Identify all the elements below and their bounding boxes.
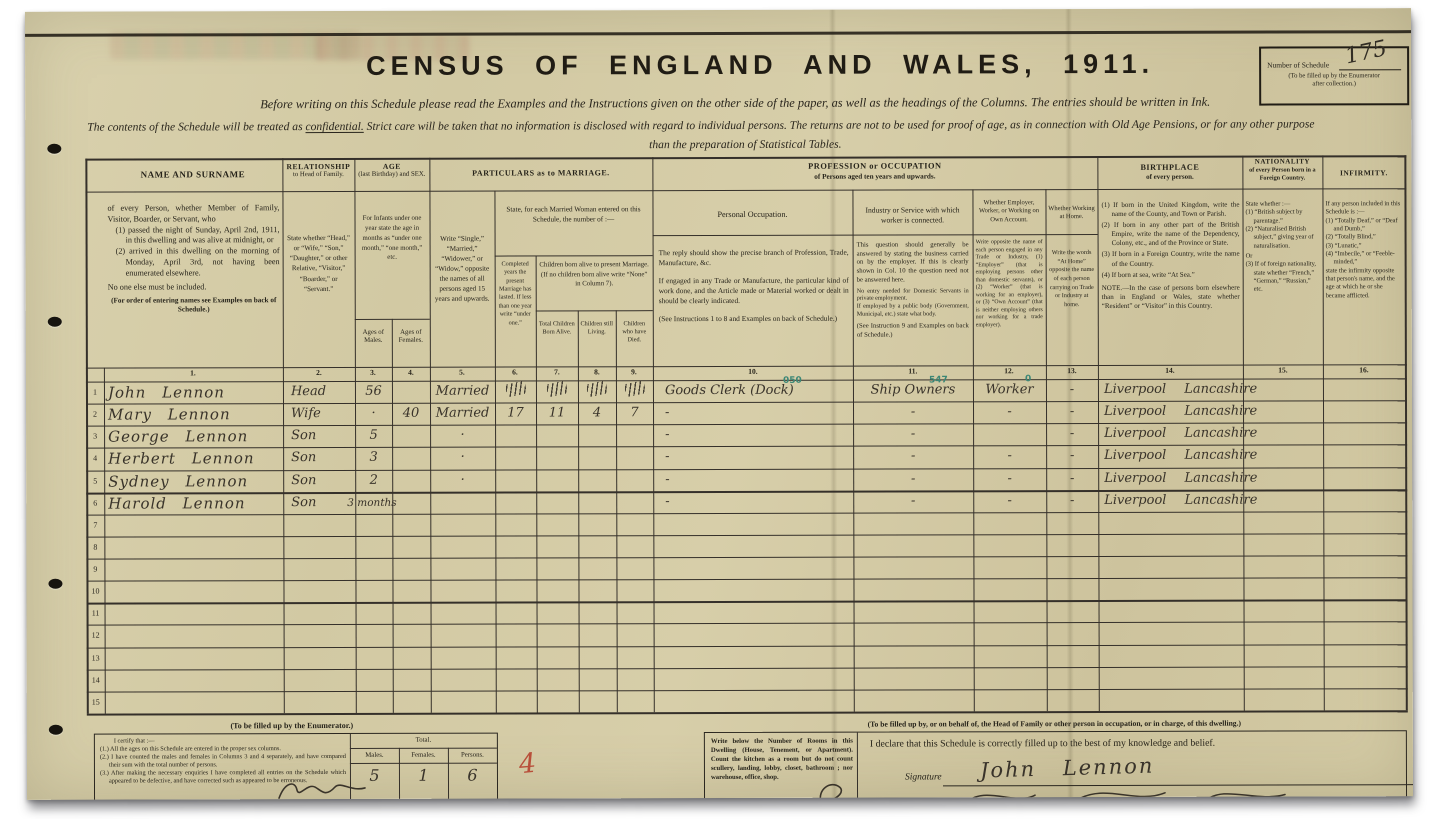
column-number: 11. xyxy=(908,366,917,375)
col-at-home-header: Whether Working at Home. xyxy=(1047,205,1095,222)
at-home-cell: - xyxy=(1046,379,1098,401)
row-number: 7 xyxy=(86,514,104,536)
children-born-note: Children born alive to present Marriage.… xyxy=(538,260,651,289)
signature-line xyxy=(943,784,1413,786)
name-cell: George Lennon xyxy=(108,425,288,447)
col-nationality-desc: Or xyxy=(1246,252,1320,261)
totals-males-label: Males. xyxy=(350,752,399,759)
column-number: 6. xyxy=(512,368,518,377)
column-number-row: 1.2.3.4.5.6.7.8.9.10.11.12.13.14.15.16. xyxy=(25,8,1411,12)
column-number: 15. xyxy=(1278,366,1287,375)
col-name-desc: (1) passed the night of Sunday, April 2n… xyxy=(108,225,280,247)
column-number: 5. xyxy=(459,368,465,377)
column-number: 4. xyxy=(408,368,414,377)
row-number: 15 xyxy=(87,691,105,713)
col-name-desc: of every Person, whether Member of Famil… xyxy=(107,203,279,225)
birthplace-cell: Liverpool Lancashire xyxy=(1104,489,1304,512)
col-name-desc: (For order of entering names see Example… xyxy=(108,296,280,315)
name-cell: Herbert Lennon xyxy=(108,448,288,470)
schedule-box-note: after collection.) xyxy=(1261,80,1407,89)
table-row: 10 xyxy=(86,577,1408,602)
struck-out-cell xyxy=(616,380,653,402)
row-number: 6 xyxy=(86,492,104,514)
name-cell: Sydney Lennon xyxy=(108,470,288,492)
grid-line xyxy=(536,310,653,311)
col-birthplace-header: BIRTHPLACE xyxy=(1099,163,1240,174)
struck-out-entry xyxy=(623,380,645,397)
col-age-males-sub: Ages of Males. xyxy=(356,329,391,346)
occupation-cell: - xyxy=(665,402,853,424)
marriage-status-cell: · xyxy=(430,447,495,469)
col-infirmity-desc: (1) “Totally Deaf,” or “Deaf and Dumb,” xyxy=(1326,217,1403,234)
grid-line xyxy=(85,155,1406,160)
grid-line xyxy=(355,319,430,320)
table-row: 7 xyxy=(86,511,1408,536)
industry-cell: - xyxy=(853,401,973,423)
scanned-census-page: CENSUS OF ENGLAND AND WALES, 1911. Numbe… xyxy=(0,0,1438,819)
grid-line xyxy=(653,234,1098,236)
industry-cell: - xyxy=(853,424,973,446)
col-industry-header: Industry or Service with which worker is… xyxy=(854,205,970,225)
col-industry-desc: If employed by a public body (Government… xyxy=(857,304,969,320)
age-males-cell: 3 months xyxy=(347,492,384,514)
confidential-underline: confidential. xyxy=(305,120,363,133)
col-infirmity-desc: (4) “Imbecile,” or “Feeble-minded,” xyxy=(1326,250,1403,267)
col-name-desc: No one else must be included. xyxy=(108,282,280,293)
at-home-cell: - xyxy=(1046,490,1098,512)
household-section-heading: (To be filled up by, or on behalf of, th… xyxy=(702,718,1407,729)
preamble-line-2: The contents of the Schedule will be tre… xyxy=(87,117,1407,133)
col-employer-desc: Write opposite the name of each person e… xyxy=(976,239,1043,330)
signature-value: John Lennon xyxy=(980,754,1155,783)
col-nationality-desc: (2) “Naturalised British subject,” givin… xyxy=(1246,225,1320,250)
signature-label: Signature xyxy=(905,772,942,782)
col-relationship-header: to Head of Family. xyxy=(284,171,352,180)
col-name-header: NAME AND SURNAME xyxy=(105,169,280,181)
col-nationality-desc: (3) If of foreign nationality, state whe… xyxy=(1246,261,1320,295)
col-employer-header: Whether Employer, Worker, or Working on … xyxy=(974,199,1043,224)
struck-out-cell xyxy=(536,380,578,402)
column-number: 9. xyxy=(631,367,637,376)
col-industry-desc: No entry needed for Domestic Servants in… xyxy=(857,288,969,304)
struck-out-cell xyxy=(495,380,536,402)
column-number: 10. xyxy=(748,367,757,376)
col-relationship-desc: State whether “Head,” or “Wife,” “Son,” … xyxy=(286,233,352,294)
col-industry-desc: (See Instruction 9 and Examples on back … xyxy=(857,323,969,341)
col-infirmity-desc: state the infirmity opposite that person… xyxy=(1326,267,1403,301)
struck-out-entry xyxy=(546,380,568,397)
grid-line xyxy=(495,255,653,256)
table-row: 13 xyxy=(87,644,1409,669)
occupation-cell: - xyxy=(665,424,853,446)
col-occupation-desc: The reply should show the precise branch… xyxy=(659,248,849,268)
row-number: 9 xyxy=(86,559,104,581)
table-row: 1John LennonHead56MarriedGoods Clerk (Do… xyxy=(86,378,1408,403)
birthplace-cell: Liverpool Lancashire xyxy=(1104,423,1304,446)
employer-status-cell: - xyxy=(973,490,1046,512)
marriage-status-cell: · xyxy=(430,469,495,491)
column-number: 3. xyxy=(370,368,376,377)
column-number: 16. xyxy=(1359,365,1368,374)
enumerator-cert-item: (2.) I have counted the males and female… xyxy=(100,753,346,770)
age-males-cell: 3 xyxy=(355,447,392,469)
table-row: 3George LennonSon5·---Liverpool Lancashi… xyxy=(86,422,1408,447)
table-row: 4Herbert LennonSon3·----Liverpool Lancas… xyxy=(86,445,1408,470)
column-number: 2. xyxy=(316,368,322,377)
enumerator-section-heading: (To be filled up by the Enumerator.) xyxy=(89,721,495,731)
col-marriage-desc: Write “Single,” “Married,” “Widower,” or… xyxy=(432,235,493,305)
totals-persons-value: 6 xyxy=(448,766,497,785)
col-name-desc: (2) arrived in this dwelling on the morn… xyxy=(108,246,280,279)
marriage-status-cell: Married xyxy=(430,403,495,425)
household-box: Write below the Number of Rooms in this … xyxy=(704,730,1407,800)
col-birthplace-desc: (2) If born in any other part of the Bri… xyxy=(1102,221,1240,249)
children-died-cell: 7 xyxy=(616,402,653,424)
totals-persons-label: Persons. xyxy=(448,752,497,759)
occupation-cell: - xyxy=(665,490,853,512)
column-number: 13. xyxy=(1067,366,1076,375)
grid-line xyxy=(86,364,1407,368)
column-number: 7. xyxy=(554,367,560,376)
industry-cell: - xyxy=(853,468,973,490)
row-number: 14 xyxy=(87,669,105,691)
marriage-status-cell: Married xyxy=(430,381,495,403)
column-number: 8. xyxy=(594,367,600,376)
relationship-cell: Son xyxy=(291,492,355,514)
relationship-cell: Wife xyxy=(291,403,355,425)
profession-group-header: of Persons aged ten years and upwards. xyxy=(654,172,1095,182)
occupation-cell: Goods Clerk (Dock)050 xyxy=(665,380,853,402)
table-row: 5Sydney LennonSon2·----Liverpool Lancash… xyxy=(86,467,1408,492)
years-married-cell: 17 xyxy=(495,403,536,425)
census-table-grid xyxy=(25,8,1411,12)
col-infirmity-desc: (3) “Lunatic,” xyxy=(1326,242,1403,251)
table-row: 11 xyxy=(87,600,1409,625)
industry-code: 547 xyxy=(929,375,948,385)
punch-hole xyxy=(48,579,62,589)
age-males-cell: 5 xyxy=(355,425,392,447)
col-nationality-header: of every Person born in a Foreign Countr… xyxy=(1244,166,1320,182)
punch-hole xyxy=(48,317,62,327)
table-row: 8 xyxy=(86,533,1408,558)
col-birthplace-desc: (1) If born in the United Kingdom, write… xyxy=(1101,201,1239,220)
postal-address-handwriting-cutoff xyxy=(955,789,1295,799)
at-home-cell: - xyxy=(1046,423,1098,445)
table-row: 6Harold LennonSon3 months----Liverpool L… xyxy=(86,489,1408,514)
schedule-number-value: 175 xyxy=(1343,36,1389,69)
col-industry-desc: This question should generally be answer… xyxy=(857,241,969,285)
relationship-cell: Son xyxy=(291,425,355,447)
col-occupation-header: Personal Occupation. xyxy=(654,210,850,221)
col-children-died-sub: Children who have Died. xyxy=(618,320,651,343)
page-title: CENSUS OF ENGLAND AND WALES, 1911. xyxy=(185,48,1335,82)
row-number: 1 xyxy=(86,382,104,404)
col-at-home-desc: Write the words “At Home” opposite the n… xyxy=(1048,249,1096,310)
col-infirmity-header: INFIRMITY. xyxy=(1324,168,1403,178)
age-males-cell: · xyxy=(355,403,392,425)
employer-status-cell: - xyxy=(973,401,1046,423)
employer-status-cell: Worker0 xyxy=(973,379,1046,401)
name-cell: John Lennon xyxy=(108,381,288,403)
col-years-married-desc: Completed years the present Marriage has… xyxy=(497,260,534,327)
industry-cell: Ship Owners547 xyxy=(853,379,973,401)
row-number: 13 xyxy=(87,647,105,669)
grid-line xyxy=(85,188,1406,192)
married-woman-note: State, for each Married Woman entered on… xyxy=(496,204,650,225)
col-occupation-desc: (See Instructions 1 to 8 and Examples on… xyxy=(659,314,849,324)
occupation-cell: - xyxy=(665,446,853,468)
children-living-cell: 4 xyxy=(578,402,616,424)
occupation-code: 050 xyxy=(783,376,802,386)
at-home-cell: - xyxy=(1046,401,1098,423)
col-nationality-desc: State whether :— xyxy=(1245,200,1319,209)
struck-out-cell xyxy=(578,380,616,402)
at-home-cell: - xyxy=(1046,445,1098,467)
birthplace-cell: Liverpool Lancashire xyxy=(1104,401,1304,424)
relationship-cell: Son xyxy=(291,469,355,491)
birthplace-cell: Liverpool Lancashire xyxy=(1104,378,1304,401)
totals-females-label: Females. xyxy=(399,752,448,759)
preamble-line-3: than the preparation of Statistical Tabl… xyxy=(87,136,1403,152)
employer-status-cell: - xyxy=(973,468,1046,490)
birthplace-cell: Liverpool Lancashire xyxy=(1104,445,1304,468)
red-check-mark: 4 xyxy=(518,748,538,780)
totals-females-value: 1 xyxy=(399,766,448,785)
col-infirmity-desc: (2) “Totally Blind,” xyxy=(1326,234,1403,243)
enumerator-box: I certify that :— (1.) All the ages on t… xyxy=(94,733,498,800)
table-row: 2Mary LennonWife·40Married171147----Live… xyxy=(86,400,1408,425)
preamble-line-1: Before writing on this Schedule please r… xyxy=(115,94,1355,112)
row-number: 11 xyxy=(87,603,105,625)
col-infirmity-desc: If any person included in this Schedule … xyxy=(1325,200,1402,217)
children-born-cell: 11 xyxy=(536,402,578,424)
col-birthplace-desc: NOTE.—In the case of persons born elsewh… xyxy=(1102,283,1240,311)
col-age-desc: For Infants under one year state the age… xyxy=(358,214,427,263)
col-children-living-sub: Children still Living. xyxy=(580,320,614,336)
birthplace-cell: Liverpool Lancashire xyxy=(1104,467,1304,490)
punch-hole xyxy=(47,144,61,154)
table-row: 15 xyxy=(87,688,1409,713)
schedule-number-label: Number of Schedule xyxy=(1267,60,1329,69)
col-age-females-sub: Ages of Females. xyxy=(393,329,429,346)
census-form-paper: CENSUS OF ENGLAND AND WALES, 1911. Numbe… xyxy=(25,8,1413,800)
relationship-cell: Head xyxy=(291,381,355,403)
struck-out-entry xyxy=(504,380,526,397)
struck-out-entry xyxy=(586,380,608,397)
col-birthplace-desc: (4) If born at sea, write “At Sea.” xyxy=(1102,270,1240,279)
table-row: 14 xyxy=(87,666,1409,691)
age-females-cell: 40 xyxy=(392,403,430,425)
employer-code: 0 xyxy=(1025,374,1031,384)
age-males-cell: 2 xyxy=(355,469,392,491)
occupation-cell: - xyxy=(665,468,853,490)
age-males-cell: 56 xyxy=(355,381,392,403)
totals-label: Total. xyxy=(350,737,497,744)
column-number: 1. xyxy=(190,368,196,377)
row-number: 2 xyxy=(86,404,104,426)
relationship-cell: Son xyxy=(291,447,355,469)
col-birthplace-desc: (3) If born in a Foreign Country, write … xyxy=(1102,250,1240,269)
column-number: 14. xyxy=(1165,366,1174,375)
census-table-rows: 1John LennonHead56MarriedGoods Clerk (Do… xyxy=(25,8,1411,12)
col-nationality-desc: (1) “British subject by parentage.” xyxy=(1245,209,1319,226)
col-age-header: AGE xyxy=(356,162,427,172)
industry-cell: - xyxy=(853,490,973,512)
col-birthplace-header: of every person. xyxy=(1099,173,1240,182)
marriage-group-header: PARTICULARS as to MARRIAGE. xyxy=(431,168,650,179)
table-row: 12 xyxy=(87,622,1409,647)
column-number: 12. xyxy=(1004,366,1013,375)
declaration-text: I declare that this Schedule is correctl… xyxy=(870,737,1390,749)
col-occupation-desc: If engaged in any Trade or Manufacture, … xyxy=(659,276,849,306)
totals-males-value: 5 xyxy=(350,766,399,785)
punch-hole xyxy=(49,725,63,735)
row-number: 4 xyxy=(86,448,104,470)
row-number: 12 xyxy=(87,625,105,647)
name-cell: Harold Lennon xyxy=(108,492,288,514)
col-age-header: (last Birthday) and SEX. xyxy=(356,171,427,180)
row-number: 10 xyxy=(86,581,104,603)
industry-cell: - xyxy=(853,446,973,468)
marriage-status-cell: · xyxy=(430,425,495,447)
at-home-cell: - xyxy=(1046,468,1098,490)
col-nationality-header: NATIONALITY xyxy=(1244,157,1320,166)
employer-status-cell: - xyxy=(973,446,1046,468)
col-children-born-sub: Total Children Born Alive. xyxy=(538,320,576,336)
row-number: 3 xyxy=(86,426,104,448)
row-number: 8 xyxy=(86,537,104,559)
table-row: 9 xyxy=(86,555,1408,580)
rooms-instruction: Write below the Number of Rooms in this … xyxy=(711,737,853,783)
row-number: 5 xyxy=(86,470,104,492)
col-relationship-header: RELATIONSHIP xyxy=(284,162,352,172)
name-cell: Mary Lennon xyxy=(108,403,288,425)
